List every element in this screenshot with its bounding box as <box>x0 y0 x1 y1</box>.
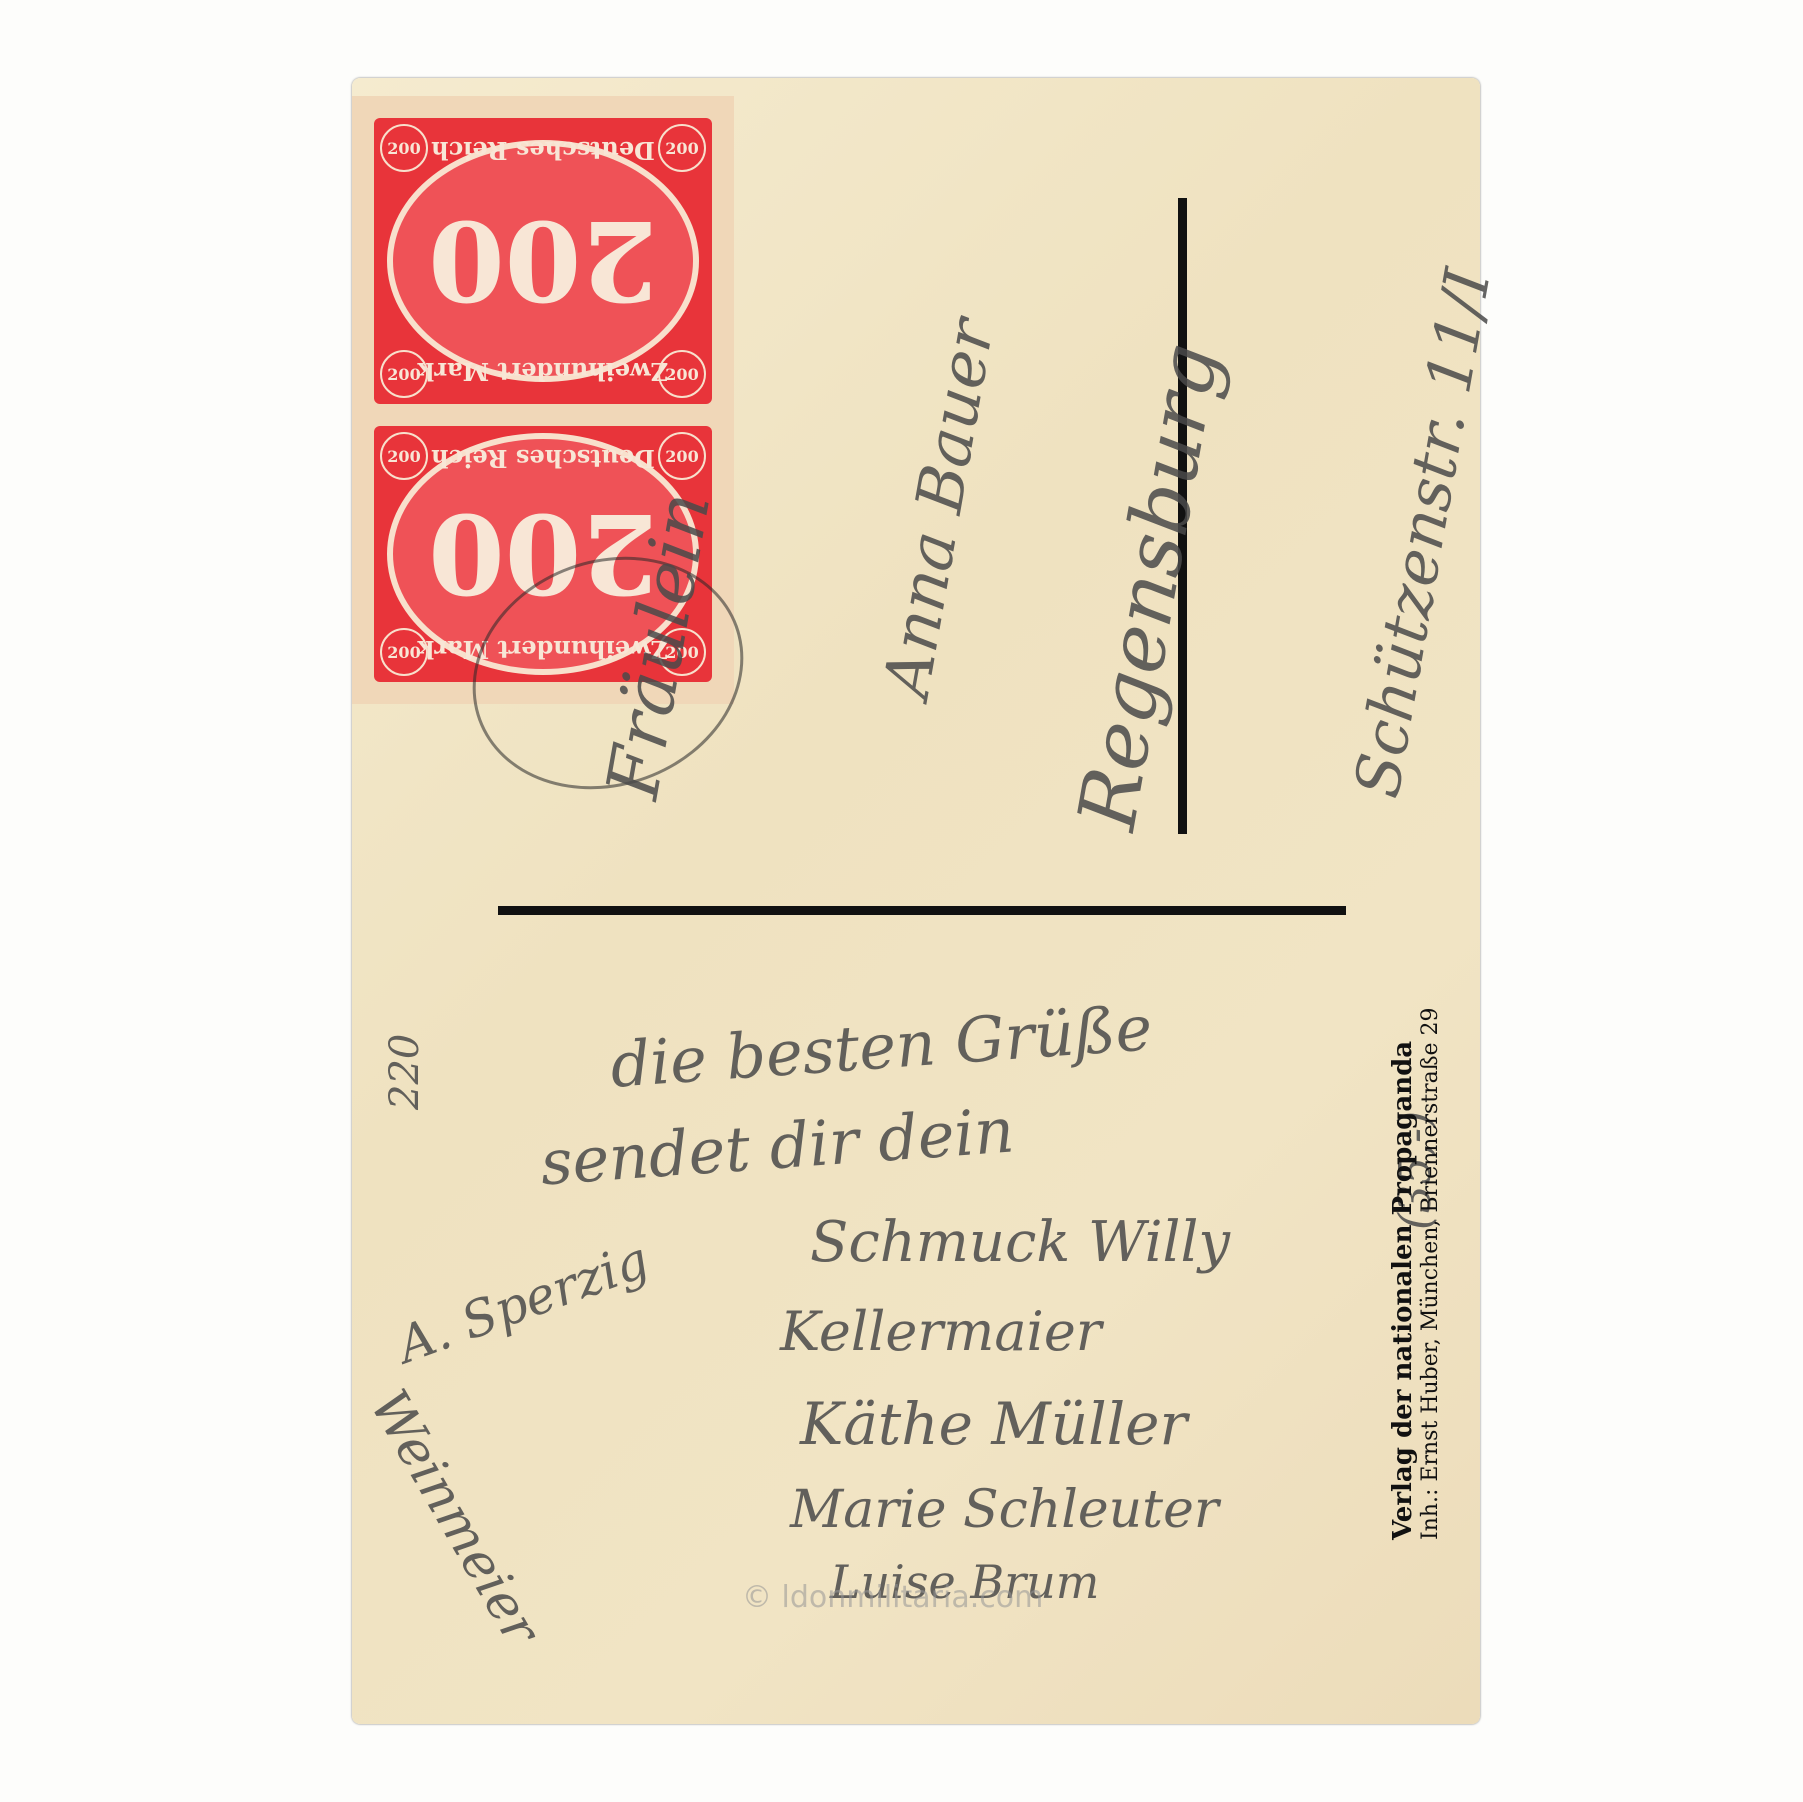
publisher-imprint: Verlag der nationalen Propaganda Inh.: E… <box>1388 1008 1443 1540</box>
stamp-corner: 200 <box>658 350 706 398</box>
stamp-corner: 200 <box>380 124 428 172</box>
stamp-corner: 200 <box>380 628 428 676</box>
stamp-country: Deutsches Reich <box>413 444 673 473</box>
pencil-note: 220 <box>382 1034 428 1110</box>
stamp-corner: 200 <box>380 432 428 480</box>
stamp-corner: 200 <box>380 350 428 398</box>
signature: Kellermaier <box>780 1300 1102 1363</box>
watermark: © ldonmilitaria.com <box>742 1580 1043 1615</box>
message-line: Schmuck Willy <box>810 1210 1230 1275</box>
signature: Käthe Müller <box>800 1390 1187 1458</box>
stamp-corner: 200 <box>658 432 706 480</box>
imprint-line1: Verlag der nationalen Propaganda <box>1388 1008 1418 1540</box>
postage-stamp: 200 Deutsches Reich Zweihundert Mark 200… <box>352 96 734 426</box>
stamp-value: 200 <box>428 197 658 326</box>
imprint-line2: Inh.: Ernst Huber, München, Briennerstra… <box>1418 1008 1443 1540</box>
signature: Marie Schleuter <box>790 1480 1219 1540</box>
address-divider-horizontal <box>498 906 1346 915</box>
stamp-denomination: Zweihundert Mark <box>413 357 673 386</box>
stamp-country: Deutsches Reich <box>413 136 673 165</box>
stamp-corner: 200 <box>658 124 706 172</box>
